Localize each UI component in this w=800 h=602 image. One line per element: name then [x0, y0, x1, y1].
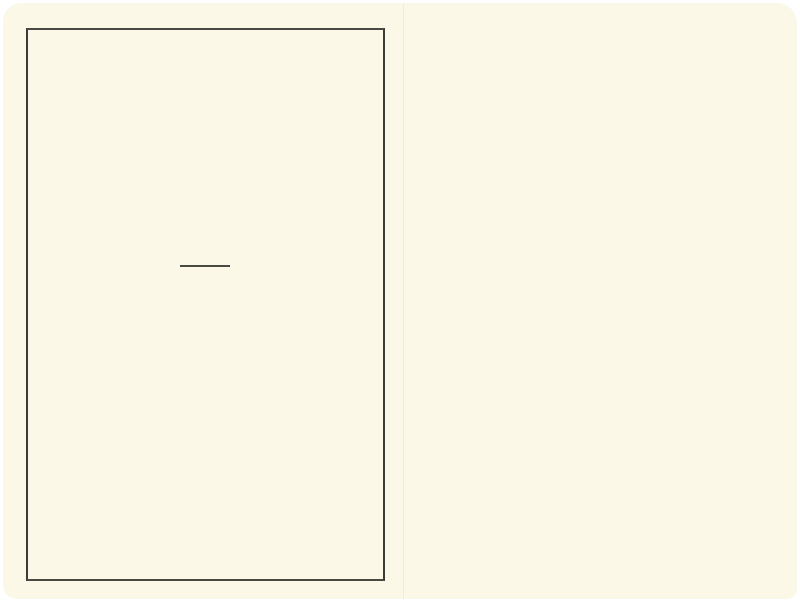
left-panel-frame [26, 28, 385, 581]
divider [180, 265, 230, 267]
card-fold [403, 3, 404, 599]
